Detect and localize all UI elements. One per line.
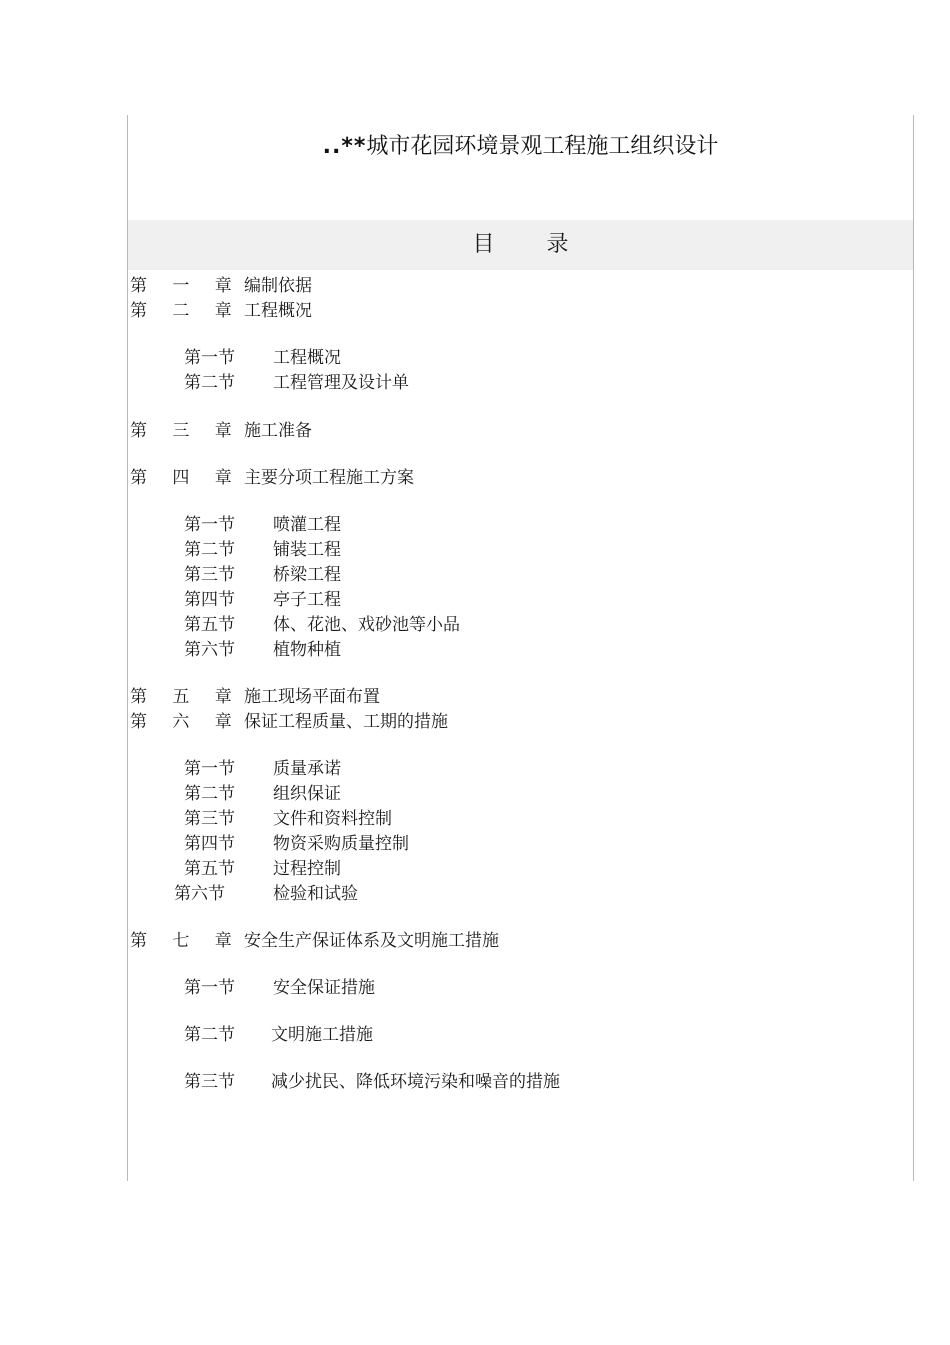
section-label: 第五节 (184, 613, 235, 638)
section-title: 质量承诺 (273, 757, 341, 782)
section-label: 第四节 (184, 588, 235, 613)
chapter-title: 工程概况 (244, 299, 312, 324)
section-label: 第二节 (184, 538, 235, 563)
section-label: 第二节 (184, 1023, 235, 1048)
section-label: 第六节 (184, 638, 235, 663)
document-title: ..**城市花园环境景观工程施工组织设计 (128, 131, 913, 163)
section-label: 第三节 (184, 563, 235, 588)
section-title: 体、花池、戏砂池等小品 (273, 613, 460, 638)
section-label: 第一节 (184, 346, 235, 371)
chapter-title: 保证工程质量、工期的措施 (244, 710, 448, 735)
section-title: 文明施工措施 (271, 1023, 373, 1048)
toc-heading-char-2: 录 (547, 230, 569, 260)
section-title: 减少扰民、降低环境污染和噪音的措施 (271, 1070, 560, 1095)
section-title: 文件和资料控制 (273, 807, 392, 832)
section-label: 第一节 (184, 976, 235, 1001)
chapter-label: 第 二 章 (130, 299, 230, 324)
section-title: 安全保证措施 (273, 976, 375, 1001)
section-label: 第一节 (184, 513, 235, 538)
section-title: 铺装工程 (273, 538, 341, 563)
chapter-label: 第 七 章 (130, 929, 230, 954)
title-main: 城市花园环境景观工程施工组织设计 (366, 134, 718, 159)
chapter-title: 编制依据 (244, 274, 312, 299)
chapter-title: 施工现场平面布置 (244, 685, 380, 710)
section-label: 第四节 (184, 832, 235, 857)
section-title: 工程管理及设计单 (273, 371, 409, 396)
section-label: 第三节 (184, 807, 235, 832)
section-title: 检验和试验 (273, 882, 358, 907)
chapter-title: 施工准备 (244, 419, 312, 444)
section-title: 喷灌工程 (273, 513, 341, 538)
section-title: 组织保证 (273, 782, 341, 807)
section-title: 亭子工程 (273, 588, 341, 613)
toc-heading-char-1: 目 (472, 230, 494, 260)
left-border-line (127, 115, 128, 1181)
section-title: 桥梁工程 (273, 563, 341, 588)
section-title: 工程概况 (273, 346, 341, 371)
section-label: 第二节 (184, 371, 235, 396)
section-title: 过程控制 (273, 857, 341, 882)
section-label: 第五节 (184, 857, 235, 882)
section-label: 第一节 (184, 757, 235, 782)
section-label: 第三节 (184, 1070, 235, 1095)
chapter-label: 第 六 章 (130, 710, 230, 735)
chapter-label: 第 三 章 (130, 419, 230, 444)
right-border-line (913, 115, 914, 1181)
section-label: 第六节 (174, 882, 225, 907)
title-prefix: ..** (323, 134, 367, 159)
toc-heading: 目录 (128, 230, 913, 260)
section-title: 植物种植 (273, 638, 341, 663)
chapter-title: 安全生产保证体系及文明施工措施 (244, 929, 499, 954)
section-label: 第二节 (184, 782, 235, 807)
chapter-label: 第 四 章 (130, 466, 230, 491)
chapter-label: 第 五 章 (130, 685, 230, 710)
section-title: 物资采购质量控制 (273, 832, 409, 857)
chapter-title: 主要分项工程施工方案 (244, 466, 414, 491)
chapter-label: 第 一 章 (130, 274, 230, 299)
